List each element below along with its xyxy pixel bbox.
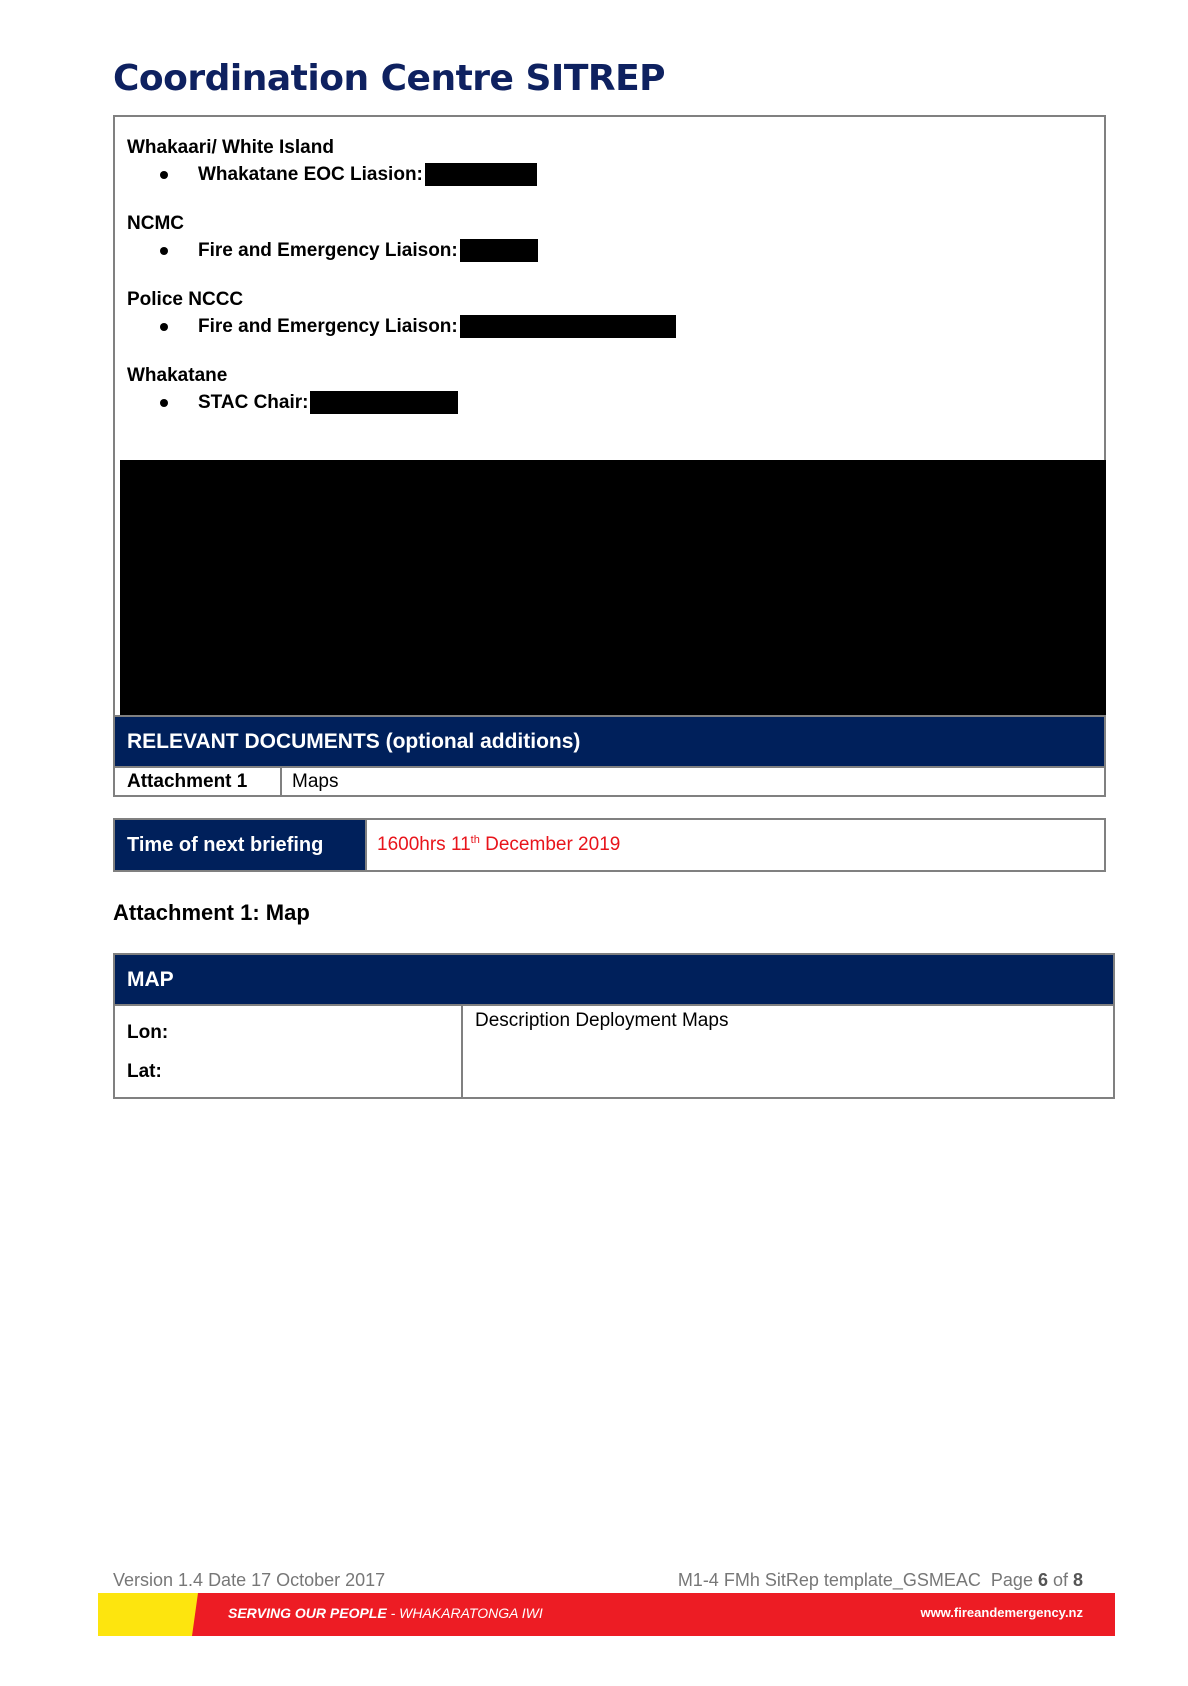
contact-role: Whakatane EOC Liasion:	[198, 164, 423, 186]
attachment-name: Attachment 1	[115, 768, 282, 795]
contact-group-heading: NCMC	[127, 213, 184, 235]
lon-label: Lon:	[127, 1022, 168, 1044]
contact-group-heading: Police NCCC	[127, 289, 243, 311]
bullet-icon	[160, 247, 168, 255]
table-row: Attachment 1 Maps	[115, 768, 1104, 795]
map-table-header: MAP	[115, 955, 1113, 1006]
contacts-section: Whakaari/ White Island Whakatane EOC Lia…	[113, 115, 1106, 715]
next-briefing-label: Time of next briefing	[115, 820, 367, 870]
redaction-block	[425, 163, 537, 186]
relevant-documents-header: RELEVANT DOCUMENTS (optional additions)	[115, 717, 1104, 768]
page-title: Coordination Centre SITREP	[113, 58, 665, 99]
next-briefing-table: Time of next briefing 1600hrs 11th Decem…	[113, 818, 1106, 872]
brand-yellow-stripe	[98, 1593, 198, 1636]
contact-item: Whakatane EOC Liasion:	[160, 163, 537, 186]
contact-item: Fire and Emergency Liaison:	[160, 239, 538, 262]
ordinal-suffix: th	[471, 834, 480, 846]
contact-item: Fire and Emergency Liaison:	[160, 315, 676, 338]
map-description: Description Deployment Maps	[463, 1006, 728, 1099]
bullet-icon	[160, 323, 168, 331]
contact-group-heading: Whakaari/ White Island	[127, 137, 334, 159]
page-total: 8	[1073, 1570, 1083, 1590]
bullet-icon	[160, 399, 168, 407]
contact-group-heading: Whakatane	[127, 365, 227, 387]
page-of: of	[1048, 1570, 1073, 1590]
map-table: MAP Lon: Lat: Description Deployment Map…	[113, 953, 1115, 1099]
contact-role: Fire and Emergency Liaison:	[198, 240, 458, 262]
attachment-value: Maps	[282, 771, 338, 793]
template-name: M1-4 FMh SitRep template_GSMEAC Page	[678, 1570, 1038, 1590]
page-current: 6	[1038, 1570, 1048, 1590]
footer-page-info: M1-4 FMh SitRep template_GSMEAC Page 6 o…	[678, 1570, 1083, 1591]
brand-tagline: SERVING OUR PEOPLE - WHAKARATONGA IWI	[228, 1605, 543, 1621]
footer-version: Version 1.4 Date 17 October 2017	[113, 1570, 385, 1591]
tagline-bold: SERVING OUR PEOPLE	[228, 1605, 387, 1621]
redaction-block	[310, 391, 458, 414]
tagline-rest: - WHAKARATONGA IWI	[387, 1605, 543, 1621]
redaction-block	[460, 239, 538, 262]
contact-role: Fire and Emergency Liaison:	[198, 316, 458, 338]
attachment-heading: Attachment 1: Map	[113, 900, 310, 926]
relevant-documents-table: RELEVANT DOCUMENTS (optional additions) …	[113, 715, 1106, 797]
next-briefing-value: 1600hrs 11th December 2019	[367, 820, 620, 870]
brand-url: www.fireandemergency.nz	[920, 1605, 1083, 1620]
bullet-icon	[160, 171, 168, 179]
briefing-date: December 2019	[480, 834, 620, 856]
lat-label: Lat:	[127, 1061, 162, 1083]
briefing-time: 1600hrs 11	[377, 834, 471, 856]
coordinates-cell: Lon: Lat:	[115, 1006, 463, 1099]
contact-item: STAC Chair:	[160, 391, 458, 414]
redaction-block	[460, 315, 676, 338]
brand-footer-bar: SERVING OUR PEOPLE - WHAKARATONGA IWI ww…	[98, 1593, 1115, 1636]
redaction-block-large	[120, 460, 1106, 717]
contact-role: STAC Chair:	[198, 392, 308, 414]
